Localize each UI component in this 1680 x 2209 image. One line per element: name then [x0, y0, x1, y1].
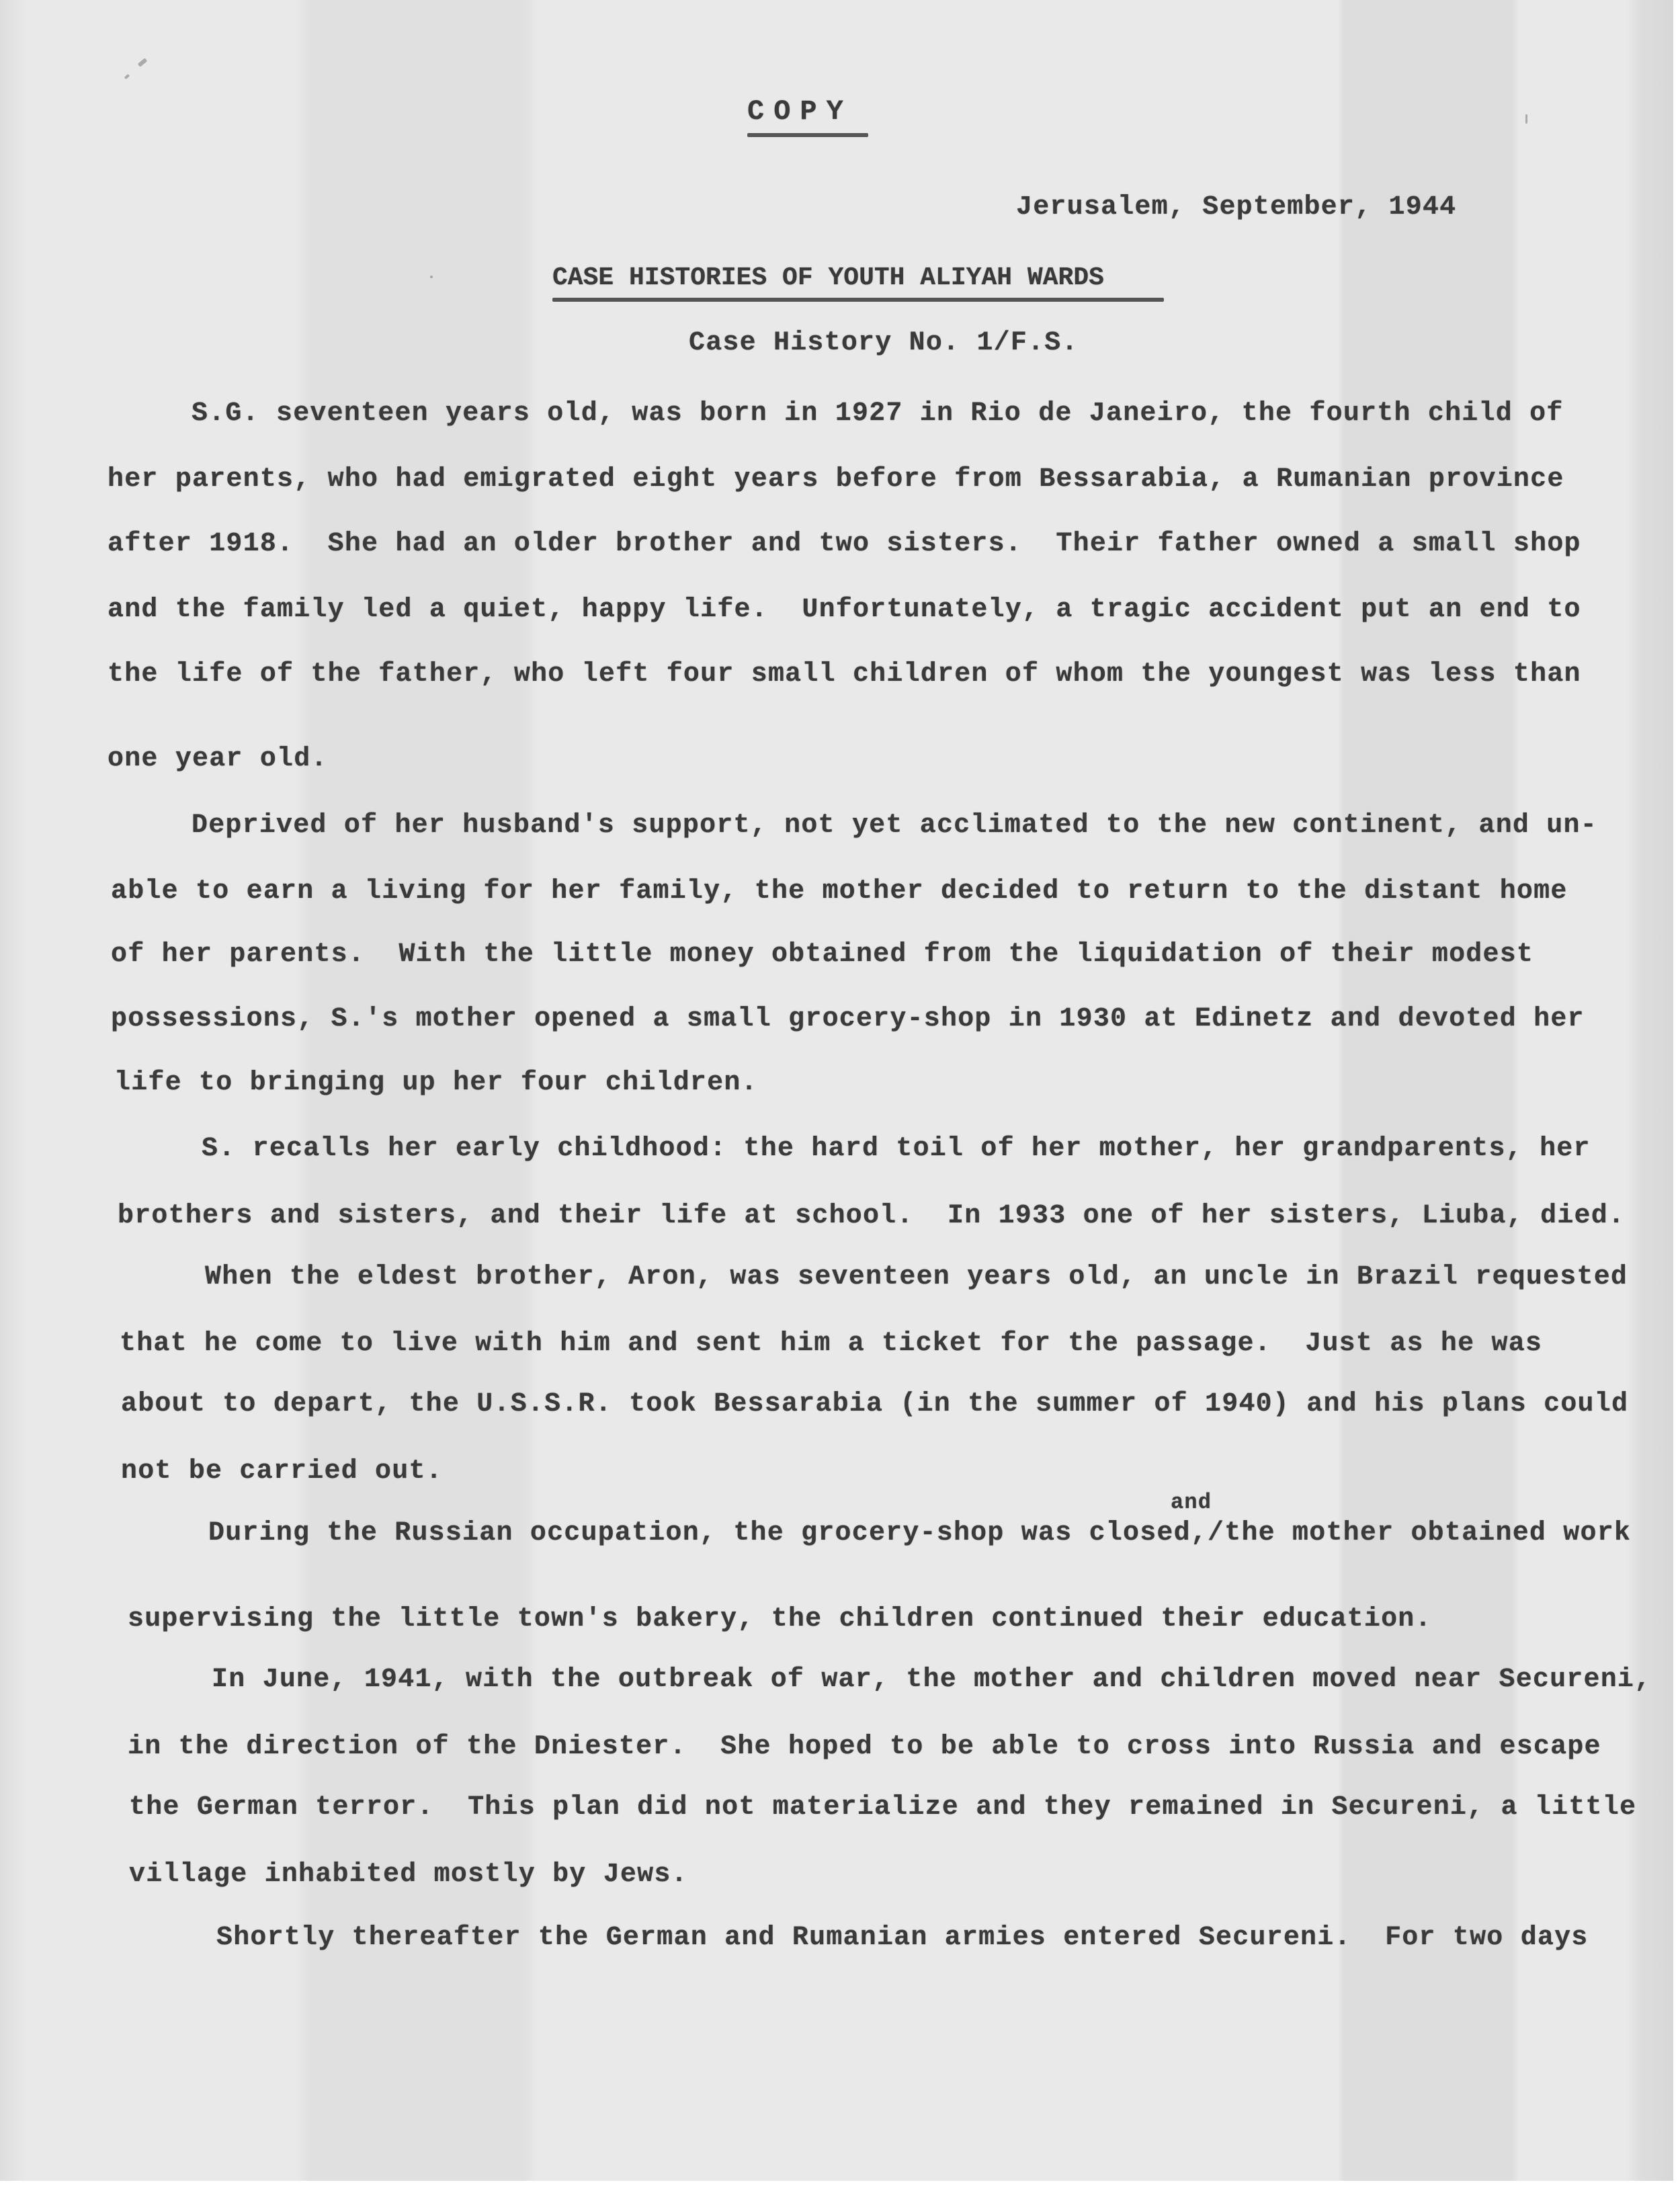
body-line: village inhabited mostly by Jews. [129, 1859, 688, 1891]
body-line: able to earn a living for her family, th… [111, 876, 1568, 908]
paper-mark [124, 74, 130, 79]
copy-label: COPY [747, 95, 853, 128]
body-line: S.G. seventeen years old, was born in 19… [192, 398, 1564, 430]
body-line: During the Russian occupation, the groce… [208, 1517, 1631, 1550]
body-line: Deprived of her husband's support, not y… [192, 810, 1597, 842]
body-line: supervising the little town's bakery, th… [128, 1603, 1432, 1636]
place-date: Jerusalem, September, 1944 [1016, 192, 1456, 222]
document-title: CASE HISTORIES OF YOUTH ALIYAH WARDS [552, 263, 1104, 292]
body-line: in the direction of the Dniester. She ho… [128, 1731, 1601, 1763]
body-line: her parents, who had emigrated eight yea… [108, 464, 1564, 496]
body-line: possessions, S.'s mother opened a small … [111, 1003, 1585, 1036]
body-line: life to bringing up her four children. [114, 1067, 758, 1099]
paper-mark [430, 276, 433, 278]
case-history-number: Case History No. 1/F.S. [689, 328, 1079, 358]
body-line: In June, 1941, with the outbreak of war,… [212, 1664, 1651, 1696]
body-line: that he come to live with him and sent h… [120, 1328, 1542, 1360]
paper-mark [138, 58, 148, 67]
body-line: and the family led a quiet, happy life. … [108, 594, 1581, 626]
body-line: about to depart, the U.S.S.R. took Bessa… [121, 1388, 1628, 1421]
body-line: S. recalls her early childhood: the hard… [202, 1133, 1591, 1165]
body-line: When the eldest brother, Aron, was seven… [205, 1261, 1628, 1294]
body-line: the life of the father, who left four sm… [108, 659, 1581, 691]
body-line: one year old. [108, 743, 328, 776]
document-page: COPY Jerusalem, September, 1944 CASE HIS… [0, 0, 1673, 2181]
handwritten-insert: and [1171, 1491, 1212, 1515]
body-line: brothers and sisters, and their life at … [118, 1200, 1625, 1233]
body-line: the German terror. This plan did not mat… [129, 1792, 1636, 1824]
body-line: of her parents. With the little money ob… [111, 939, 1534, 971]
paper-mark [1525, 114, 1527, 124]
copy-underline [747, 133, 868, 137]
body-line: Shortly thereafter the German and Rumani… [216, 1922, 1589, 1954]
title-underline [552, 298, 1164, 302]
body-line: not be carried out. [121, 1456, 443, 1488]
body-line: after 1918. She had an older brother and… [108, 528, 1581, 560]
